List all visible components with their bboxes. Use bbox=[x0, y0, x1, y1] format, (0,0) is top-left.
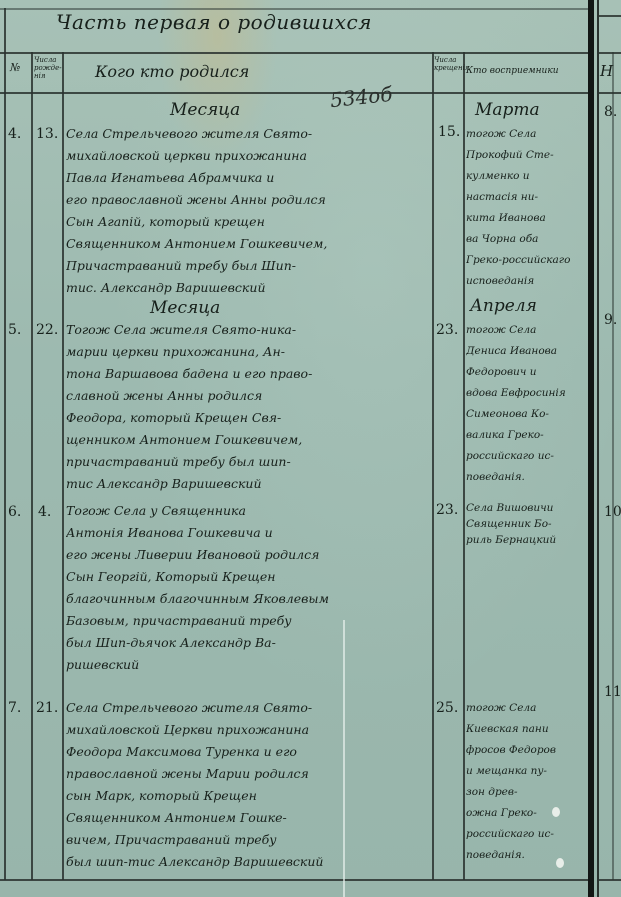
next-page-left-rule bbox=[597, 0, 599, 897]
month-label-birth: Месяца bbox=[150, 298, 220, 318]
entry-no: 7. bbox=[8, 700, 21, 716]
entry-baptism-day: 23. bbox=[436, 502, 458, 518]
entry-text: Села Стрельчевого жителя Свято- михайлов… bbox=[66, 123, 430, 299]
entry-baptism-day: 15. bbox=[438, 124, 460, 140]
entry-baptism-day: 25. bbox=[436, 700, 458, 716]
header-who-born: Кого кто родился bbox=[95, 62, 249, 81]
next-page-rule-4 bbox=[598, 879, 621, 881]
entry-text: Села Стрельчевого жителя Свято- михайлов… bbox=[66, 697, 430, 873]
entry-baptism-day: 23. bbox=[436, 322, 458, 338]
next-page-entry-no: 10. bbox=[604, 504, 621, 520]
paper-hole bbox=[552, 807, 560, 817]
page-title: Часть первая о родившихся bbox=[56, 10, 372, 34]
header-birth-day: Числа рожде­нія bbox=[34, 56, 61, 80]
entry-birth-day: 13. bbox=[36, 126, 58, 142]
godparents-text: тогож Села Прокофий Сте- кулменко и наст… bbox=[466, 124, 586, 292]
godparents-text: тогож Села Дениса Иванова Федорович и вд… bbox=[466, 320, 586, 488]
next-page-col-rule bbox=[612, 52, 614, 880]
col-who-right bbox=[432, 52, 434, 880]
entry-birth-day: 22. bbox=[36, 322, 58, 338]
godparents-text: тогож Села Киевская пани фросов Федоров … bbox=[466, 698, 586, 866]
entry-birth-day: 4. bbox=[38, 504, 51, 520]
header-baptism-day: Числа крещенія bbox=[434, 56, 462, 72]
header-no: № bbox=[10, 64, 20, 72]
entry-text: Тогож Села у Священника Антонія Иванова … bbox=[66, 500, 430, 676]
next-page-rule-3 bbox=[598, 92, 621, 94]
header-bottom-rule bbox=[0, 92, 588, 94]
month-label-birth: Месяца bbox=[170, 100, 240, 120]
binding-gutter bbox=[588, 0, 594, 897]
header-top-rule bbox=[0, 52, 588, 54]
next-page-entry-no: 8. bbox=[604, 104, 617, 120]
col-baptism-right bbox=[463, 52, 465, 880]
entry-no: 4. bbox=[8, 126, 21, 142]
entry-no: 5. bbox=[8, 322, 21, 338]
next-page-entry-no: 9. bbox=[604, 312, 617, 328]
header-godparents: Кто восприемники bbox=[466, 66, 559, 76]
entry-text: Тогож Села жителя Свято-ника- марии церк… bbox=[66, 319, 430, 495]
entry-no: 6. bbox=[8, 504, 21, 520]
month-label-baptism: Марта bbox=[475, 100, 540, 120]
col-no-left bbox=[4, 8, 6, 880]
next-page-rule-2 bbox=[598, 52, 621, 54]
col-no-right bbox=[31, 52, 33, 880]
bottom-rule bbox=[0, 879, 588, 881]
col-birthday-right bbox=[62, 52, 64, 880]
godparents-text: Села Вишовичи Священник Бо- риль Бернацк… bbox=[466, 500, 586, 548]
entry-birth-day: 21. bbox=[36, 700, 58, 716]
next-page-entry-no: 11. bbox=[604, 684, 621, 700]
paper-hole bbox=[556, 858, 564, 868]
next-page-rule bbox=[598, 15, 621, 17]
header-next-page: Н bbox=[600, 62, 613, 80]
month-label-baptism: Апреля bbox=[470, 296, 537, 316]
